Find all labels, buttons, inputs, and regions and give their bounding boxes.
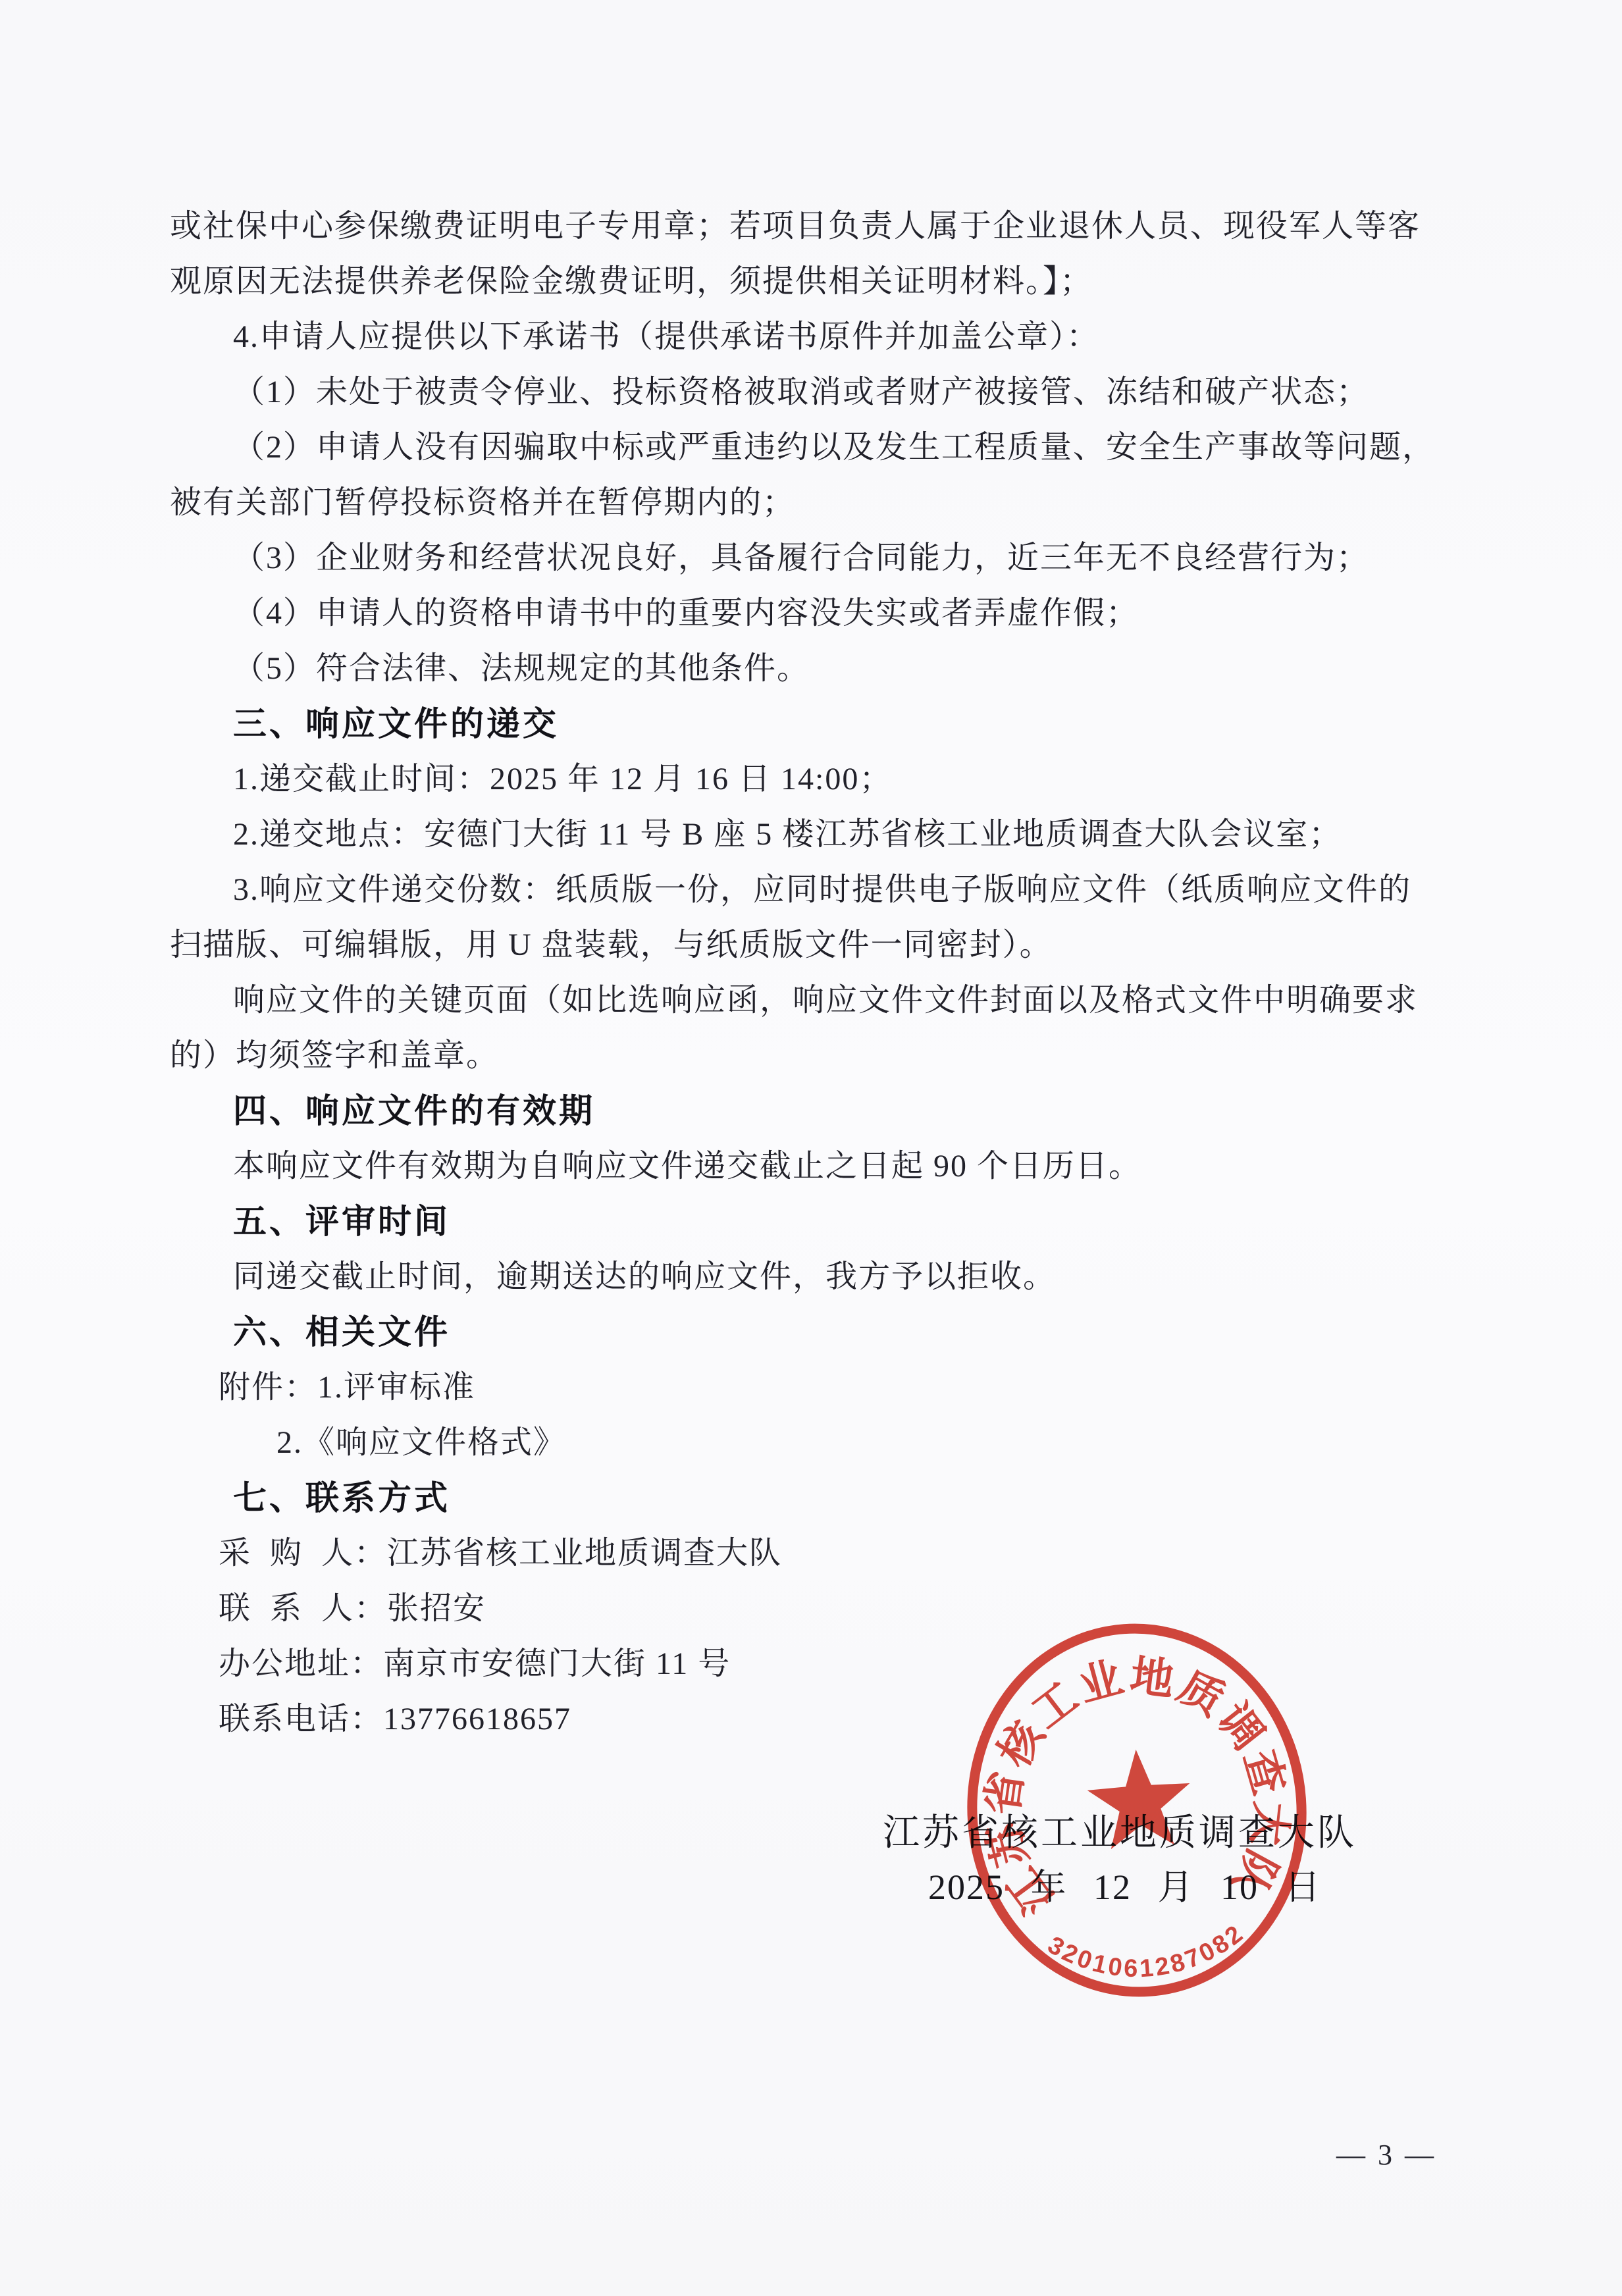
document-line: 的）均须签字和盖章。 bbox=[170, 1028, 1447, 1083]
document-line: 同递交截止时间，逾期送达的响应文件，我方予以拒收。 bbox=[170, 1249, 1447, 1305]
document-line: （1）未处于被责令停业、投标资格被取消或者财产被接管、冻结和破产状态； bbox=[170, 365, 1447, 420]
document-line: 3.响应文件递交份数：纸质版一份，应同时提供电子版响应文件（纸质响应文件的 bbox=[170, 862, 1447, 918]
document-line: 本响应文件有效期为自响应文件递交截止之日起 90 个日历日。 bbox=[170, 1139, 1447, 1194]
document-line: 响应文件的关键页面（如比选响应函，响应文件文件封面以及格式文件中明确要求 bbox=[170, 973, 1447, 1028]
document-line: 联 系 人：张招安 bbox=[170, 1581, 1447, 1636]
document-line: 扫描版、可编辑版，用 U 盘装载，与纸质版文件一同密封）。 bbox=[170, 918, 1447, 973]
document-text-column: 或社保中心参保缴费证明电子专用章；若项目负责人属于企业退休人员、现役军人等客观原… bbox=[170, 199, 1447, 1747]
seal-serial-number: 3201061287082 bbox=[1041, 1918, 1253, 1989]
document-line: 或社保中心参保缴费证明电子专用章；若项目负责人属于企业退休人员、现役军人等客 bbox=[170, 199, 1447, 254]
document-line: 三、响应文件的递交 bbox=[170, 696, 1447, 752]
document-line: 办公地址：南京市安德门大街 11 号 bbox=[170, 1636, 1447, 1692]
document-line: 2.递交地点：安德门大街 11 号 B 座 5 楼江苏省核工业地质调查大队会议室… bbox=[170, 807, 1447, 862]
document-line: 1.递交截止时间：2025 年 12 月 16 日 14:00； bbox=[170, 752, 1447, 807]
document-page: { "page": { "number": "— 3 —" }, "lines"… bbox=[0, 0, 1622, 2296]
document-line: 采 购 人：江苏省核工业地质调查大队 bbox=[170, 1526, 1447, 1581]
document-line: 被有关部门暂停投标资格并在暂停期内的； bbox=[170, 475, 1447, 531]
document-line: （3）企业财务和经营状况良好，具备履行合同能力，近三年无不良经营行为； bbox=[170, 531, 1447, 586]
document-line: 五、评审时间 bbox=[170, 1194, 1447, 1249]
signature-date: 2025 年 12 月 10 日 bbox=[928, 1859, 1322, 1910]
svg-text:3201061287082: 3201061287082 bbox=[1041, 1918, 1253, 1989]
document-line: 联系电话：13776618657 bbox=[170, 1692, 1447, 1747]
document-line: 附件：1.评审标准 bbox=[170, 1360, 1447, 1415]
page-number: — 3 — bbox=[1336, 2138, 1436, 2172]
signature-org: 江苏省核工业地质调查大队 bbox=[883, 1804, 1357, 1856]
document-line: 六、相关文件 bbox=[170, 1305, 1447, 1360]
document-line: 2.《响应文件格式》 bbox=[170, 1415, 1447, 1471]
document-line: （5）符合法律、法规规定的其他条件。 bbox=[170, 641, 1447, 696]
document-line: 七、联系方式 bbox=[170, 1471, 1447, 1526]
document-line: （4）申请人的资格申请书中的重要内容没失实或者弄虚作假； bbox=[170, 586, 1447, 641]
document-line: 四、响应文件的有效期 bbox=[170, 1083, 1447, 1139]
document-line: （2）申请人没有因骗取中标或严重违约以及发生工程质量、安全生产事故等问题， bbox=[170, 420, 1447, 475]
document-line: 观原因无法提供养老保险金缴费证明，须提供相关证明材料。】； bbox=[170, 254, 1447, 309]
document-line: 4.申请人应提供以下承诺书（提供承诺书原件并加盖公章）： bbox=[170, 309, 1447, 365]
